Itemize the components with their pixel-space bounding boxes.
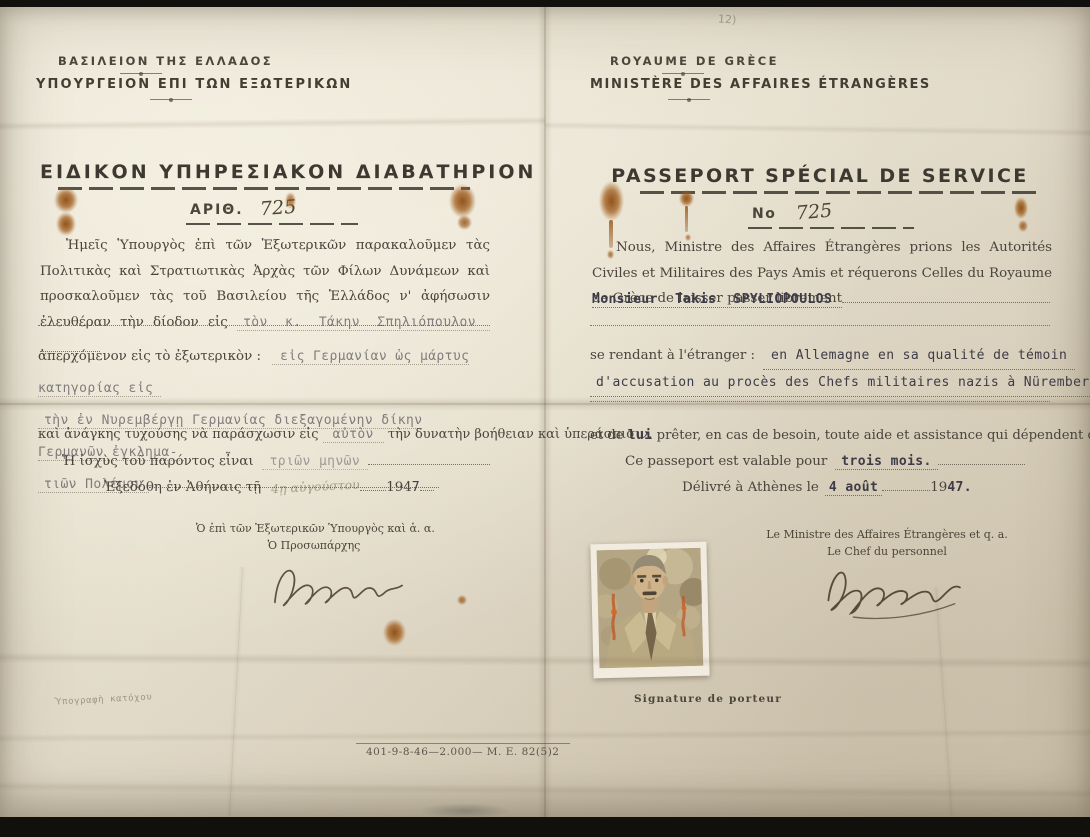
bearer-portrait-photo-icon [597,548,704,669]
greek-assist-pronoun: αὐτὸν [323,427,384,443]
stain-drip [685,206,688,232]
greek-issued-day: 4ῃ αὐγούστου [271,477,360,497]
french-number-label: No [752,206,776,222]
bearer-photo-frame [590,542,709,679]
stain-drip [609,220,613,248]
french-issued-day: 4 août [825,480,882,496]
greek-issued-year-written: 7 [412,480,420,495]
greek-passport-title: ΕΙΔΙΚΟΝ ΥΠΗΡΕΣΙΑΚΟΝ ΔΙΑΒΑΤΗΡΙΟΝ [40,161,480,183]
greek-number-label: ΑΡΙΘ. [190,202,244,218]
dotted-leader [420,477,434,491]
french-signer-title1: Le Ministre des Affaires Étrangères et q… [762,527,1012,544]
paper-crease [225,567,246,817]
stain [54,187,78,213]
french-destination-value1: en Allemagne en sa qualité de témoin [763,343,1075,370]
greek-holder-signature-label: Ὑπογραφὴ κατόχου [56,692,153,707]
blank-dotted-line [590,325,1050,326]
number-underline [186,223,358,225]
paper-crease [0,652,1090,669]
stain [1018,220,1028,232]
french-destination-line2: d'accusation au procès des Chefs militai… [590,370,1052,397]
french-issued-year-printed: 19 [930,475,947,501]
french-issue-line: Délivré à Athènes le 4 août 1947. [682,475,972,501]
stain [1014,197,1028,219]
dotted-leader [360,477,386,491]
greek-kingdom-header: ΒΑΣΙΛΕΙΟΝ ΤΗΣ ΕΛΛΑΔΟΣ [58,54,273,68]
handwritten-signature-icon [260,547,415,627]
title-underline [640,191,1040,194]
french-holder-name: Monsieur Takis SPYLIOPOULOS [592,292,842,308]
print-code: 401-9-8-46—2.000— Μ. Ε. 82(5)2 [356,743,570,758]
greek-assist-pre: καὶ ἀνάγκης τυχούσης νὰ παράσχωσιν εἰς [38,427,319,442]
paper-crease [545,121,1090,137]
french-assist-post: prêter, en cas de besoin, toute aide et … [657,428,1090,443]
dotted-leader [368,451,490,465]
title-underline [58,187,470,190]
photo-caption: Signature de porteur [634,693,782,705]
french-issued-year-written: 47. [947,480,972,495]
paper-crease [0,116,545,131]
blank-dotted-line [590,401,1050,402]
french-validity-line: Ce passeport est valable pour trois mois… [625,449,1025,475]
stain [383,619,406,646]
stain [449,184,476,218]
greek-destination-line1: ἀπερχόμενον εἰς τὸ ἐξωτερικὸν : εἰς Γερμ… [38,339,494,403]
ornament-divider [120,73,162,74]
ornament-divider [668,99,710,100]
french-issued-label: Délivré à Athènes le [682,475,819,501]
greek-validity-line: Ἡ ἰσχὺς τοῦ παρόντος εἶναι τριῶν μηνῶν [62,449,490,475]
blank-dotted-line [38,325,490,326]
stain [457,215,472,230]
greek-issued-label: Ἐξεδόθη ἐν Ἀθήναις τῇ [104,475,261,501]
french-ministry-header: MINISTÈRE DES AFFAIRES ÉTRANGÈRES [590,77,931,92]
number-underline [748,227,914,229]
french-assist-pronoun: lui [628,428,653,443]
french-destination-value2: d'accusation au procès des Chefs militai… [590,370,1090,397]
stain [599,181,624,221]
dotted-leader [842,289,1050,303]
greek-validity-value: τριῶν μηνῶν [262,454,369,470]
paper-sheet: 12) ΒΑΣΙΛΕΙΟΝ ΤΗΣ ΕΛΛΑΔΟΣ ΥΠΟΥΡΓΕΙΟΝ ΕΠΙ… [0,7,1090,817]
stain [679,190,694,207]
scan-background-top-edge [0,0,1090,7]
french-assist-line: et de lui prêter, en cas de besoin, tout… [590,423,1060,449]
edge-smudge [420,803,510,819]
paper-crease [0,728,1090,743]
paper-crease [0,781,1090,799]
scanned-passport-document: 12) ΒΑΣΙΛΕΙΟΝ ΤΗΣ ΕΛΛΑΔΟΣ ΥΠΟΥΡΓΕΙΟΝ ΕΠΙ… [0,0,1090,837]
french-destination-block: se rendant à l'étranger : en Allemagne e… [590,343,1052,397]
french-passport-title: PASSEPORT SPÉCIAL DE SERVICE [600,165,1040,187]
french-number-value: 725 [795,199,833,224]
greek-issue-line: Ἐξεδόθη ἐν Ἀθήναις τῇ 4ῃ αὐγούστου 1947 [104,475,434,501]
scan-background-bottom-edge [0,815,1090,837]
dotted-leader [882,477,930,491]
pencil-archive-note: 12) [718,12,737,26]
french-validity-value: trois mois. [835,454,938,470]
french-destination-label: se rendant à l'étranger : [590,343,755,369]
ornament-divider [150,99,192,100]
french-holder-line: Monsieur Takis SPYLIOPOULOS [592,289,1050,308]
greek-holder-name: τὸν κ. Τάκην Σπηλιόπουλον [237,315,490,331]
greek-ministry-header: ΥΠΟΥΡΓΕΙΟΝ ΕΠΙ ΤΩΝ ΕΞΩΤΕΡΙΚΩΝ [36,77,352,92]
handwritten-signature-icon [810,551,974,631]
greek-passport-number: ΑΡΙΘ. 725 [190,197,296,219]
dotted-leader [938,451,1025,465]
greek-signer-title1: Ὁ ἐπὶ τῶν Ἐξωτερικῶν Ὑπουργὸς καὶ ἀ. α. [196,521,432,538]
greek-issued-year-printed: 194 [386,475,412,501]
french-validity-label: Ce passeport est valable pour [625,449,827,475]
vertical-fold-crease [538,7,552,817]
ornament-divider [662,73,704,74]
french-kingdom-header: ROYAUME DE GRÈCE [610,54,779,68]
greek-validity-label: Ἡ ἰσχὺς τοῦ παρόντος εἶναι [62,449,254,475]
greek-destination-label: ἀπερχόμενον εἰς τὸ ἐξωτερικὸν : [38,349,261,364]
french-destination-line1: se rendant à l'étranger : en Allemagne e… [590,343,1052,370]
french-passport-number: No 725 [752,201,833,223]
stain [457,595,467,605]
greek-assist-line: καὶ ἀνάγκης τυχούσης νὰ παράσχωσιν εἰς α… [38,423,508,448]
french-assist-pre: et de [590,428,624,443]
